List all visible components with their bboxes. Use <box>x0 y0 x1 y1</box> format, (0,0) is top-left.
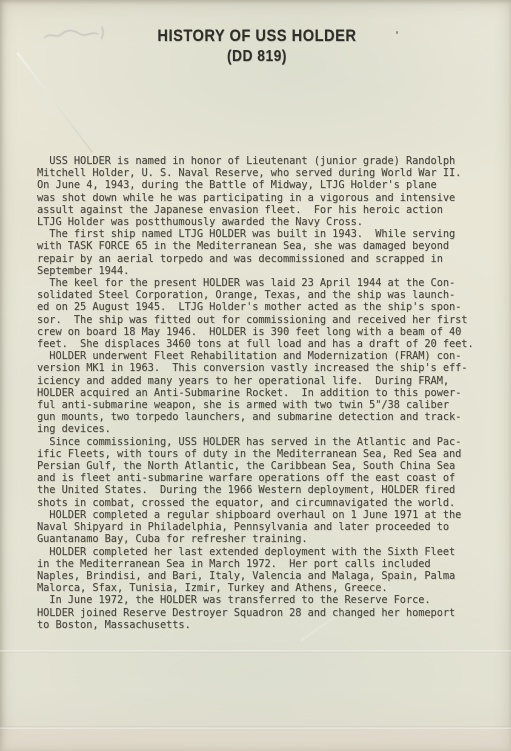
paper-crease-bottom <box>0 726 511 729</box>
paper-crease-diagonal-top-left <box>16 52 93 153</box>
document-body-text: USS HOLDER is named in honor of Lieutena… <box>37 155 474 631</box>
paper-bottom-tint <box>0 729 511 751</box>
title-line-1: HISTORY OF USS HOLDER <box>37 26 476 46</box>
document-title: HISTORY OF USS HOLDER (DD 819) <box>37 26 476 66</box>
paper-crease-horizontal <box>0 650 511 653</box>
title-line-2: (DD 819) <box>37 48 476 66</box>
document-page: HISTORY OF USS HOLDER (DD 819) USS HOLDE… <box>0 0 511 751</box>
stray-ink-dot <box>396 31 398 34</box>
